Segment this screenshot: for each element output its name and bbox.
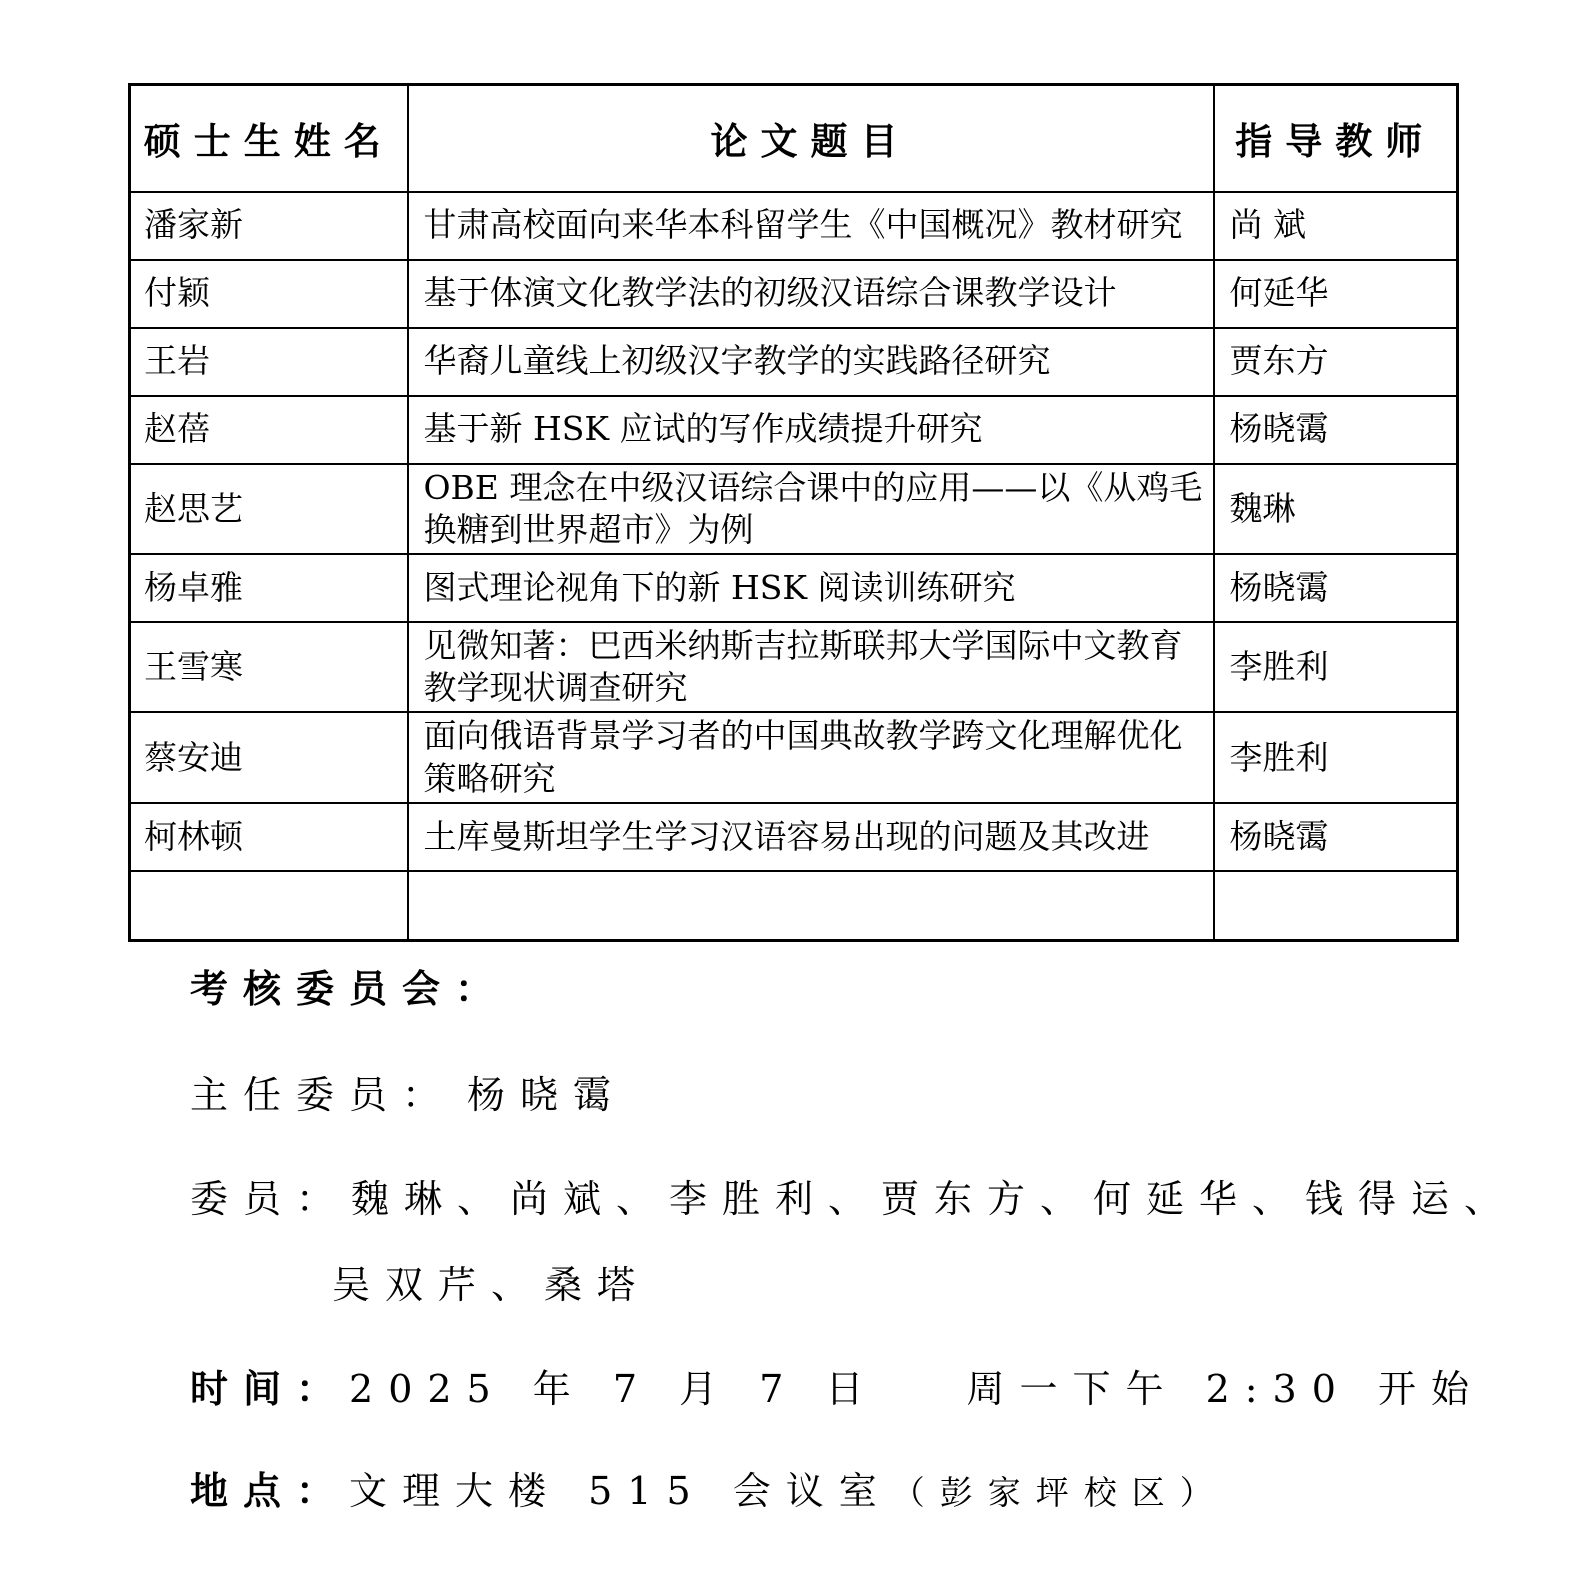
thesis-title-cell: OBE 理念在中级汉语综合课中的应用——以《从鸡毛换糖到世界超市》为例 [408,464,1214,554]
members-line-1: 委员：魏琳、尚斌、李胜利、贾东方、何延华、钱得运、 [190,1176,1517,1222]
place-label: 地点： [190,1468,349,1513]
chair-name: 杨晓霭 [467,1073,626,1117]
table-row: 付颖 基于体演文化教学法的初级汉语综合课教学设计 何延华 [130,260,1458,328]
members-label: 委员： [190,1177,349,1221]
student-name-cell: 王岩 [130,328,408,396]
table-row: 潘家新 甘肃高校面向来华本科留学生《中国概况》教材研究 尚 斌 [130,192,1458,260]
place-line: 地点：文理大楼 515 会议室（彭家坪校区） [190,1468,1228,1516]
student-name-cell: 付颖 [130,260,408,328]
place-main: 文理大楼 515 会议室 [349,1469,892,1513]
thesis-title-cell: 基于体演文化教学法的初级汉语综合课教学设计 [408,260,1214,328]
time-date: 2025 年 7 月 7 日 [349,1367,878,1411]
thesis-title-cell: 土库曼斯坦学生学习汉语容易出现的问题及其改进 [408,803,1214,871]
table-header-row: 硕士生姓名 论文题目 指导教师 [130,85,1458,192]
thesis-title-cell: 见微知著：巴西米纳斯吉拉斯联邦大学国际中文教育教学现状调查研究 [408,622,1214,712]
supervisor-cell: 杨晓霭 [1214,803,1458,871]
table-row: 王雪寒 见微知著：巴西米纳斯吉拉斯联邦大学国际中文教育教学现状调查研究 李胜利 [130,622,1458,712]
table-row: 王岩 华裔儿童线上初级汉字教学的实践路径研究 贾东方 [130,328,1458,396]
chair-line: 主任委员：杨晓霭 [190,1072,626,1118]
place-note: （彭家坪校区） [892,1473,1228,1512]
members-names-1: 魏琳、尚斌、李胜利、贾东方、何延华、钱得运、 [351,1177,1517,1221]
student-name-cell [130,871,408,941]
student-name-cell: 王雪寒 [130,622,408,712]
header-student-name: 硕士生姓名 [130,85,408,192]
supervisor-cell: 杨晓霭 [1214,396,1458,464]
table-row: 杨卓雅 图式理论视角下的新 HSK 阅读训练研究 杨晓霭 [130,554,1458,622]
thesis-defense-table: 硕士生姓名 论文题目 指导教师 潘家新 甘肃高校面向来华本科留学生《中国概况》教… [128,83,1459,942]
supervisor-cell [1214,871,1458,941]
table-row: 赵思艺 OBE 理念在中级汉语综合课中的应用——以《从鸡毛换糖到世界超市》为例 … [130,464,1458,554]
time-detail: 周一下午 2:30 开始 [966,1367,1484,1411]
time-label: 时间： [190,1366,349,1411]
student-name-cell: 赵思艺 [130,464,408,554]
table-row: 蔡安迪 面向俄语背景学习者的中国典故教学跨文化理解优化策略研究 李胜利 [130,712,1458,802]
student-name-cell: 潘家新 [130,192,408,260]
thesis-title-cell: 华裔儿童线上初级汉字教学的实践路径研究 [408,328,1214,396]
thesis-title-cell: 甘肃高校面向来华本科留学生《中国概况》教材研究 [408,192,1214,260]
thesis-title-cell: 基于新 HSK 应试的写作成绩提升研究 [408,396,1214,464]
supervisor-cell: 尚 斌 [1214,192,1458,260]
supervisor-cell: 何延华 [1214,260,1458,328]
thesis-title-cell: 面向俄语背景学习者的中国典故教学跨文化理解优化策略研究 [408,712,1214,802]
table-row: 柯林顿 土库曼斯坦学生学习汉语容易出现的问题及其改进 杨晓霭 [130,803,1458,871]
time-line: 时间：2025 年 7 月 7 日周一下午 2:30 开始 [190,1366,1484,1412]
supervisor-cell: 李胜利 [1214,712,1458,802]
chair-label: 主任委员： [190,1073,455,1117]
thesis-title-cell: 图式理论视角下的新 HSK 阅读训练研究 [408,554,1214,622]
table-row: 赵蓓 基于新 HSK 应试的写作成绩提升研究 杨晓霭 [130,396,1458,464]
student-name-cell: 杨卓雅 [130,554,408,622]
supervisor-cell: 贾东方 [1214,328,1458,396]
document-page: 硕士生姓名 论文题目 指导教师 潘家新 甘肃高校面向来华本科留学生《中国概况》教… [0,0,1587,1593]
table-row-empty [130,871,1458,941]
student-name-cell: 赵蓓 [130,396,408,464]
supervisor-cell: 李胜利 [1214,622,1458,712]
members-line-2: 吴双芹、桑塔 [332,1262,650,1308]
header-thesis-title: 论文题目 [408,85,1214,192]
student-name-cell: 蔡安迪 [130,712,408,802]
supervisor-cell: 杨晓霭 [1214,554,1458,622]
thesis-title-cell [408,871,1214,941]
header-supervisor: 指导教师 [1214,85,1458,192]
supervisor-cell: 魏琳 [1214,464,1458,554]
committee-heading: 考核委员会： [190,966,508,1012]
student-name-cell: 柯林顿 [130,803,408,871]
